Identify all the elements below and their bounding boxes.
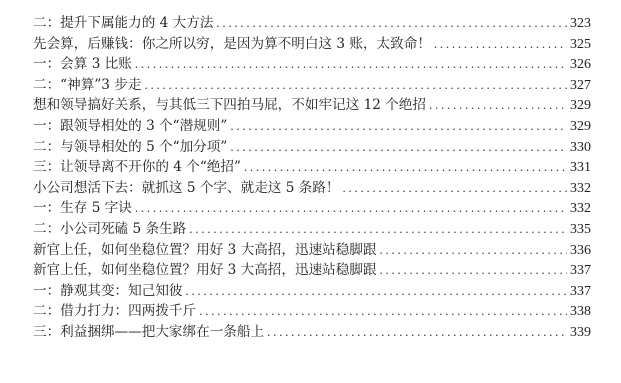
toc-entry-page: 326	[570, 55, 591, 76]
toc-entry-title: 二：与领导相处的 5 个“加分项”	[33, 137, 227, 158]
toc-entry[interactable]: 三：利益捆绑——把大家绑在一条船上339	[33, 322, 591, 343]
dot-leader	[429, 95, 567, 116]
toc-entry-title: 新官上任，如何坐稳位置？用好 3 大高招，迅速站稳脚跟	[33, 240, 377, 261]
toc-entry[interactable]: 二：借力打力：四两拨千斤338	[33, 301, 591, 322]
toc-entry[interactable]: 新官上任，如何坐稳位置？用好 3 大高招，迅速站稳脚跟336	[33, 240, 591, 261]
toc-entry[interactable]: 一：跟领导相处的 3 个“潜规则”329	[33, 116, 591, 137]
toc-entry[interactable]: 二：提升下属能力的 4 大方法323	[33, 13, 591, 34]
dot-leader	[199, 301, 567, 322]
dot-leader	[186, 281, 567, 302]
toc-entry[interactable]: 新官上任，如何坐稳位置？用好 3 大高招，迅速站稳脚跟337	[33, 260, 591, 281]
toc-entry-page: 335	[570, 220, 591, 241]
dot-leader	[230, 137, 567, 158]
toc-entry-page: 330	[570, 138, 591, 159]
toc-entry-page: 338	[570, 302, 591, 323]
dot-leader	[380, 260, 567, 281]
toc-entry-title: 想和领导搞好关系，与其低三下四拍马屁，不如牢记这 12 个绝招	[33, 95, 426, 116]
dot-leader	[267, 322, 567, 343]
toc-entry-page: 332	[570, 179, 591, 200]
toc-entry-title: 一：会算 3 比账	[33, 54, 132, 75]
toc-entry[interactable]: 先会算，后赚钱：你之所以穷，是因为算不明白这 3 账，太致命！325	[33, 34, 591, 55]
toc-entry-title: 三：利益捆绑——把大家绑在一条船上	[33, 322, 264, 343]
toc-entry-title: 一：跟领导相处的 3 个“潜规则”	[33, 116, 227, 137]
dot-leader	[380, 240, 567, 261]
toc-entry-page: 325	[570, 35, 591, 56]
dot-leader	[342, 178, 567, 199]
toc-entry[interactable]: 二：“神算”3 步走327	[33, 75, 591, 96]
toc-entry-page: 323	[570, 14, 591, 35]
toc-entry[interactable]: 二：与领导相处的 5 个“加分项”330	[33, 137, 591, 158]
toc-entry[interactable]: 想和领导搞好关系，与其低三下四拍马屁，不如牢记这 12 个绝招329	[33, 95, 591, 116]
dot-leader	[135, 54, 567, 75]
toc-entry[interactable]: 一：会算 3 比账326	[33, 54, 591, 75]
toc-entry-page: 329	[570, 96, 591, 117]
toc-entry[interactable]: 三：让领导离不开你的 4 个“绝招”331	[33, 157, 591, 178]
toc-entry-title: 二：借力打力：四两拨千斤	[33, 301, 196, 322]
toc-entry-title: 新官上任，如何坐稳位置？用好 3 大高招，迅速站稳脚跟	[33, 260, 377, 281]
toc-entry-title: 二：提升下属能力的 4 大方法	[33, 13, 213, 34]
toc-entry-title: 二：“神算”3 步走	[33, 75, 141, 96]
toc-entry-page: 337	[570, 261, 591, 282]
toc-entry[interactable]: 二：小公司死磕 5 条生路335	[33, 219, 591, 240]
toc-entry-title: 三：让领导离不开你的 4 个“绝招”	[33, 157, 241, 178]
toc-entry-page: 329	[570, 117, 591, 138]
dot-leader	[244, 157, 567, 178]
toc-entry-page: 337	[570, 282, 591, 303]
table-of-contents: 二：提升下属能力的 4 大方法323 先会算，后赚钱：你之所以穷，是因为算不明白…	[33, 13, 591, 343]
toc-entry-title: 一：生存 5 字诀	[33, 198, 132, 219]
toc-entry-page: 332	[570, 199, 591, 220]
dot-leader	[189, 219, 567, 240]
toc-entry[interactable]: 一：生存 5 字诀332	[33, 198, 591, 219]
dot-leader	[216, 13, 567, 34]
toc-entry-page: 339	[570, 323, 591, 344]
toc-entry-page: 331	[570, 158, 591, 179]
toc-entry[interactable]: 一：静观其变：知己知彼337	[33, 281, 591, 302]
dot-leader	[144, 75, 567, 96]
toc-entry[interactable]: 小公司想活下去：就抓这 5 个字、就走这 5 条路！332	[33, 178, 591, 199]
toc-entry-title: 二：小公司死磕 5 条生路	[33, 219, 186, 240]
toc-entry-title: 小公司想活下去：就抓这 5 个字、就走这 5 条路！	[33, 178, 339, 199]
toc-entry-title: 一：静观其变：知己知彼	[33, 281, 183, 302]
toc-entry-page: 336	[570, 241, 591, 262]
dot-leader	[434, 34, 567, 55]
toc-entry-page: 327	[570, 76, 591, 97]
dot-leader	[230, 116, 567, 137]
dot-leader	[135, 198, 567, 219]
toc-entry-title: 先会算，后赚钱：你之所以穷，是因为算不明白这 3 账，太致命！	[33, 34, 431, 55]
